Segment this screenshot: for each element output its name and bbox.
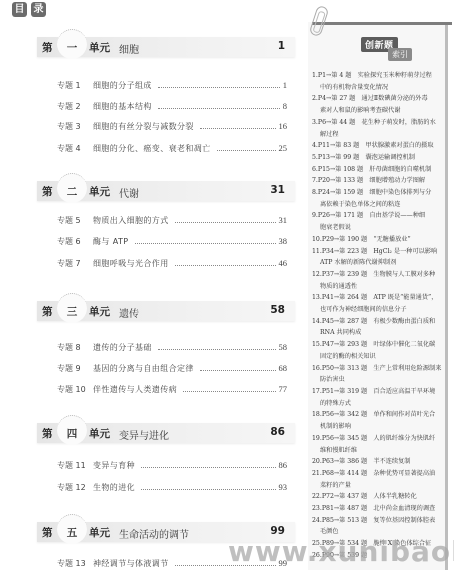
topic-entry[interactable]: 专题 4细胞的分化、癌变、衰老和凋亡25	[57, 143, 287, 157]
unit-number: 二	[63, 184, 81, 199]
topic-title: 神经调节与体液调节	[93, 558, 169, 569]
topic-title: 细胞的有丝分裂与减数分裂	[93, 121, 194, 132]
index-item-text: 22.P72→第 437 题 人体半乳糖转化	[312, 493, 417, 500]
topic-entry[interactable]: 专题 3细胞的有丝分裂与减数分裂16	[57, 121, 287, 135]
index-item[interactable]: 22.P72→第 437 题 人体半乳糖转化	[312, 491, 444, 503]
topic-label: 专题 8	[57, 342, 91, 353]
index-item[interactable]: 18.P56→第 342 题 单作和间作对苗叶光合机制的影响	[312, 409, 444, 432]
index-item-text: 10.P29→第 190 题 “无糖播放业”	[312, 236, 411, 243]
index-item-text: 24.P85→第 513 题 复等位基因控制体腔表	[312, 517, 435, 524]
topic-page-number: 8	[283, 101, 287, 111]
sidebar-subtitle: 索引	[388, 48, 412, 61]
index-item-continuation: 中的有机物含量变化情况	[312, 82, 444, 94]
dot-leader	[158, 87, 280, 88]
unit-suffix: 单元	[89, 426, 110, 441]
unit-suffix: 单元	[89, 184, 110, 199]
index-item-text: 1.P1→第 4 题 实验探究玉米种籽萌芽过程	[312, 72, 432, 79]
unit-page-number: 86	[270, 426, 285, 438]
dot-leader	[135, 243, 276, 244]
dot-leader	[158, 349, 276, 350]
index-item[interactable]: 16.P50→第 313 题 生产上常利用危险源制来防治害虫	[312, 363, 444, 386]
unit-title: 细胞	[119, 41, 139, 56]
index-item-continuation: 胞衰老假说	[312, 222, 444, 234]
unit-number: 五	[63, 525, 81, 540]
unit-prefix: 第	[42, 184, 53, 199]
unit-suffix: 单元	[89, 304, 110, 319]
index-item[interactable]: 4.P11→第 83 题 甲状腺激素对蛋白的摄取	[312, 140, 444, 152]
index-item[interactable]: 1.P1→第 4 题 实验探究玉米种籽萌芽过程中的有机物含量变化情况	[312, 70, 444, 93]
index-item[interactable]: 9.P26→第 171 题 自由基学说——种细胞衰老假说	[312, 210, 444, 233]
topic-label: 专题 2	[57, 101, 91, 112]
index-item[interactable]: 15.P47→第 293 题 叶绿体中催化二氧化碳固定的酶的相关知识	[312, 339, 444, 362]
unit-prefix: 第	[42, 525, 53, 540]
index-item-text: 5.P13→第 99 题 囊泡运输调控机制	[312, 154, 415, 161]
index-item-continuation: 维和慢肌纤维	[312, 445, 444, 457]
index-item-continuation: 防治害虫	[312, 374, 444, 386]
unit-suffix: 单元	[89, 40, 110, 55]
index-item-text: 4.P11→第 83 题 甲状腺激素对蛋白的摄取	[312, 142, 434, 149]
topic-label: 专题 7	[57, 258, 91, 269]
index-item-continuation: 物质的通透性	[312, 281, 444, 293]
watermark: www.xunibaoku.com	[228, 535, 454, 568]
index-item[interactable]: 19.P56→第 345 题 人的肌纤维分为快肌纤维和慢肌纤维	[312, 433, 444, 456]
topic-title: 细胞呼吸与光合作用	[93, 258, 169, 269]
topic-entry[interactable]: 专题 2细胞的基本结构8	[57, 101, 287, 115]
topic-page-number: 46	[279, 258, 288, 268]
index-item[interactable]: 11.P34→第 223 题 HgCl₂ 是一种可以影响ATP 水解的新陈代谢抑…	[312, 246, 444, 269]
topic-page-number: 93	[279, 482, 288, 492]
unit-header[interactable]: 第四单元变异与进化86	[37, 423, 295, 443]
index-item-text: 3.P6→第 44 题 花生种子萌发时，脂肪的水	[312, 119, 436, 126]
index-item[interactable]: 3.P6→第 44 题 花生种子萌发时，脂肪的水解过程	[312, 117, 444, 140]
index-item-text: 6.P15→第 108 题 肝母菌细胞的自噬机制	[312, 166, 431, 173]
topic-entry[interactable]: 专题 8遗传的分子基础58	[57, 342, 287, 356]
topic-entry[interactable]: 专题 1细胞的分子组成1	[57, 80, 287, 94]
topic-title: 基因的分离与自由组合定律	[93, 363, 194, 374]
index-item-text: 12.P37→第 239 题 生物膜与人工膜对多种	[312, 271, 435, 278]
topic-entry[interactable]: 专题 9基因的分离与自由组合定律68	[57, 363, 287, 377]
sidebar-index-list: 1.P1→第 4 题 实验探究玉米种籽萌芽过程中的有机物含量变化情况2.P4→第…	[312, 70, 444, 562]
topic-title: 变异与育种	[93, 460, 135, 471]
topic-entry[interactable]: 专题 12生物的进化93	[57, 482, 287, 496]
index-item[interactable]: 7.P20→第 133 题 细胞增殖动力学图解	[312, 175, 444, 187]
topic-entry[interactable]: 专题 6酶与 ATP38	[57, 236, 287, 250]
unit-suffix: 单元	[89, 525, 110, 540]
index-item-text: 2.P4→第 27 题 通过Ⅱ数碘菌分泌的外毒	[312, 95, 428, 102]
unit-number: 一	[63, 40, 81, 55]
dot-leader	[183, 391, 276, 392]
unit-prefix: 第	[42, 304, 53, 319]
dot-leader	[200, 370, 276, 371]
dot-leader	[175, 265, 276, 266]
index-item-text: 23.P81→第 487 题 北中尚金血清现的调查	[312, 505, 435, 512]
index-item-text: 9.P26→第 171 题 自由基学说——种细	[312, 212, 425, 219]
unit-header[interactable]: 第二单元代谢31	[37, 181, 295, 201]
unit-page-number: 1	[278, 40, 285, 52]
index-item-text: 18.P56→第 342 题 单作和间作对苗叶光合	[312, 411, 435, 418]
topic-page-number: 68	[279, 363, 288, 373]
topic-title: 细胞的分化、癌变、衰老和凋亡	[93, 143, 211, 154]
unit-header[interactable]: 第三单元遗传58	[37, 301, 295, 321]
sidebar-top-rule	[312, 22, 452, 25]
topic-page-number: 86	[279, 460, 288, 470]
index-item-text: 13.P41→第 264 题 ATP 既是“能量通货”，	[312, 294, 437, 301]
index-item-continuation: 素对人和鼠的影响考查碳代谢	[312, 105, 444, 117]
table-of-contents: 第一单元细胞1专题 1细胞的分子组成1专题 2细胞的基本结构8专题 3细胞的有丝…	[0, 0, 300, 573]
index-item[interactable]: 6.P15→第 108 题 肝母菌细胞的自噬机制	[312, 164, 444, 176]
unit-header[interactable]: 第一单元细胞1	[37, 37, 295, 57]
dot-leader	[158, 108, 280, 109]
index-item[interactable]: 12.P37→第 239 题 生物膜与人工膜对多种物质的通透性	[312, 269, 444, 292]
index-item-continuation: 机制的影响	[312, 421, 444, 433]
topic-entry[interactable]: 专题 10伴性遗传与人类遗传病77	[57, 384, 287, 398]
topic-title: 遗传的分子基础	[93, 342, 152, 353]
topic-page-number: 38	[279, 236, 288, 246]
index-item[interactable]: 13.P41→第 264 题 ATP 既是“能量通货”，也可作为神经细胞间的信息…	[312, 292, 444, 315]
dot-leader	[175, 222, 276, 223]
unit-title: 代谢	[119, 185, 139, 200]
index-item-text: 15.P47→第 293 题 叶绿体中催化二氧化碳	[312, 341, 435, 348]
index-item[interactable]: 14.P45→第 287 题 有极少数酶由蛋白质和RNA 共同构成	[312, 316, 444, 339]
topic-label: 专题 5	[57, 215, 91, 226]
topic-page-number: 25	[279, 143, 288, 153]
unit-page-number: 58	[270, 304, 285, 316]
topic-label: 专题 9	[57, 363, 91, 374]
index-item-continuation: RNA 共同构成	[312, 327, 444, 339]
index-item[interactable]: 10.P29→第 190 题 “无糖播放业”	[312, 234, 444, 246]
index-item-text: 7.P20→第 133 题 细胞增殖动力学图解	[312, 177, 425, 184]
topic-label: 专题 11	[57, 460, 91, 471]
topic-label: 专题 4	[57, 143, 91, 154]
topic-title: 生物的进化	[93, 482, 135, 493]
topic-label: 专题 13	[57, 558, 91, 569]
topic-page-number: 58	[279, 342, 288, 352]
topic-entry[interactable]: 专题 11变异与育种86	[57, 460, 287, 474]
unit-prefix: 第	[42, 40, 53, 55]
topic-page-number: 16	[279, 121, 288, 131]
topic-page-number: 31	[279, 215, 288, 225]
unit-number: 三	[63, 304, 81, 319]
index-item[interactable]: 20.P63→第 386 题 半不连续复制	[312, 456, 444, 468]
topic-page-number: 1	[283, 80, 287, 90]
topic-title: 细胞的基本结构	[93, 101, 152, 112]
index-item-text: 20.P63→第 386 题 半不连续复制	[312, 458, 411, 465]
index-item-continuation: 菜籽的产量	[312, 480, 444, 492]
dot-leader	[141, 489, 276, 490]
index-item-text: 16.P50→第 313 题 生产上常利用危险源制来	[312, 365, 441, 372]
dot-leader	[217, 150, 276, 151]
unit-title: 生命活动的调节	[119, 526, 189, 541]
unit-title: 遗传	[119, 305, 139, 320]
topic-label: 专题 10	[57, 384, 91, 395]
topic-label: 专题 1	[57, 80, 91, 91]
topic-label: 专题 6	[57, 236, 91, 247]
index-item[interactable]: 2.P4→第 27 题 通过Ⅱ数碘菌分泌的外毒素对人和鼠的影响考查碳代谢	[312, 93, 444, 116]
topic-title: 伴性遗传与人类遗传病	[93, 384, 177, 395]
dot-leader	[141, 467, 276, 468]
unit-number: 四	[63, 426, 81, 441]
topic-title: 细胞的分子组成	[93, 80, 152, 91]
topic-entry[interactable]: 专题 7细胞呼吸与光合作用46	[57, 258, 287, 272]
topic-label: 专题 12	[57, 482, 91, 493]
topic-entry[interactable]: 专题 5物质出入细胞的方式31	[57, 215, 287, 229]
unit-page-number: 31	[270, 184, 285, 196]
index-item-text: 19.P56→第 345 题 人的肌纤维分为快肌纤	[312, 435, 435, 442]
index-item[interactable]: 5.P13→第 99 题 囊泡运输调控机制	[312, 152, 444, 164]
index-item-text: 21.P68→第 414 题 杂种优势可显著提高油	[312, 470, 435, 477]
topic-title: 酶与 ATP	[93, 236, 129, 247]
index-item-continuation: 固定的酶的相关知识	[312, 351, 444, 363]
index-item[interactable]: 21.P68→第 414 题 杂种优势可显著提高油菜籽的产量	[312, 468, 444, 491]
index-item-text: 8.P24→第 159 题 细胞中染色体排列与分	[312, 189, 431, 196]
index-item[interactable]: 8.P24→第 159 题 细胞中染色体排列与分离依赖于染色单体之间的粘连	[312, 187, 444, 210]
index-item-continuation: ATP 水解的新陈代谢抑制剂	[312, 257, 444, 269]
index-item-text: 14.P45→第 287 题 有极少数酶由蛋白质和	[312, 318, 435, 325]
index-item-continuation: 离依赖于染色单体之间的粘连	[312, 199, 444, 211]
topic-page-number: 77	[279, 384, 288, 394]
topic-label: 专题 3	[57, 121, 91, 132]
unit-title: 变异与进化	[119, 427, 169, 442]
unit-prefix: 第	[42, 426, 53, 441]
index-item-continuation: 也可作为神经细胞间的信息分子	[312, 304, 444, 316]
innovation-index-sidebar: 创新题 索引 1.P1→第 4 题 实验探究玉米种籽萌芽过程中的有机物含量变化情…	[298, 0, 454, 573]
dot-leader	[200, 128, 276, 129]
index-item-text: 17.P51→第 319 题 百合适应高温干旱环境	[312, 388, 435, 395]
topic-title: 物质出入细胞的方式	[93, 215, 169, 226]
index-item-continuation: 的特殊方式	[312, 398, 444, 410]
index-item[interactable]: 17.P51→第 319 题 百合适应高温干旱环境的特殊方式	[312, 386, 444, 409]
index-item-continuation: 解过程	[312, 129, 444, 141]
index-item-text: 11.P34→第 223 题 HgCl₂ 是一种可以影响	[312, 248, 437, 255]
index-item[interactable]: 23.P81→第 487 题 北中尚金血清现的调查	[312, 503, 444, 515]
